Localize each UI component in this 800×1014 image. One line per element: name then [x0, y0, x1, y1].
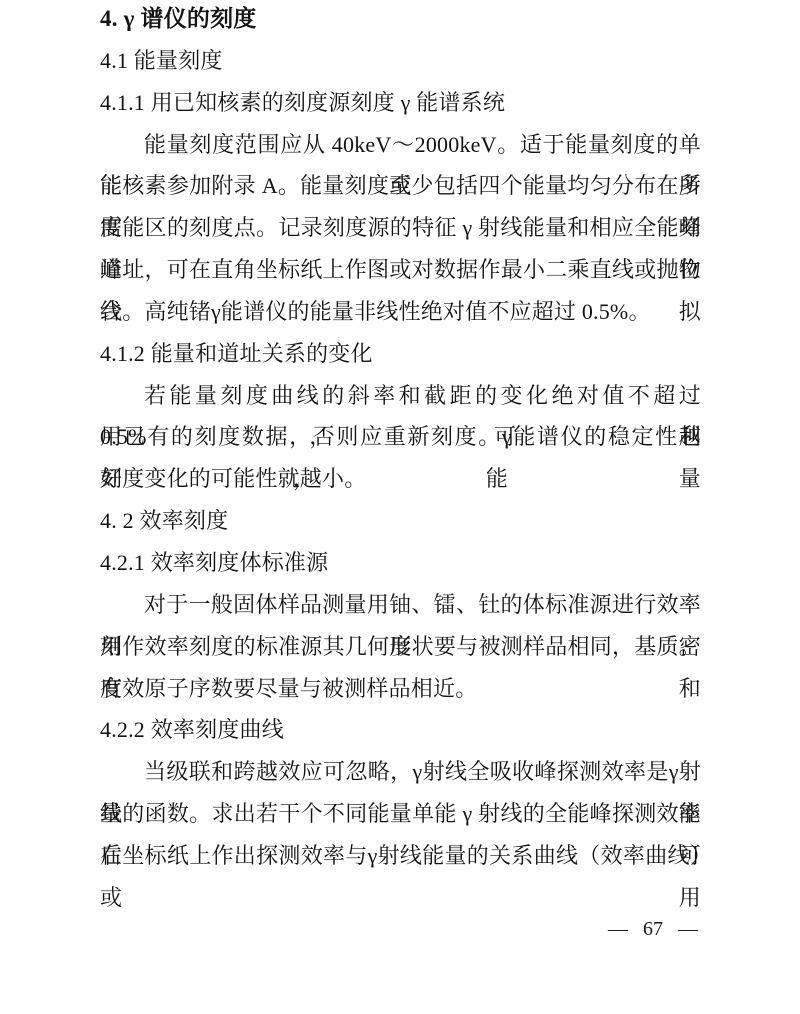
- heading-4-2-2: 4.2.2 效率刻度曲线: [100, 709, 701, 751]
- heading-4-2-1: 4.2.1 效率刻度体标准源: [100, 542, 701, 584]
- paragraph-line: 度能区的刻度点。记录刻度源的特征 γ 射线能量和相应全能峰峰位: [100, 207, 701, 249]
- paragraph-line: 能核素参加附录 A。能量刻度至少包括四个能量均匀分布在所需刻: [100, 165, 701, 207]
- heading-4-2: 4. 2 效率刻度: [100, 500, 701, 542]
- paragraph-line: 用已有的刻度数据，否则应重新刻度。γ能谱仪的稳定性越好，能量: [100, 416, 701, 458]
- paragraph-line: 在坐标纸上作出探测效率与γ射线能量的关系曲线（效率曲线）或用: [100, 835, 701, 877]
- paragraph-line: 能量刻度范围应从 40keV～2000keV。适于能量刻度的单能或多: [100, 124, 701, 166]
- heading-section-4: 4. γ 谱仪的刻度: [100, 0, 701, 40]
- paragraph-line: 量的函数。求出若干个不同能量单能 γ 射线的全能峰探测效率后可: [100, 793, 701, 835]
- document-body: 4. γ 谱仪的刻度 4.1 能量刻度 4.1.1 用已知核素的刻度源刻度 γ …: [100, 0, 701, 877]
- paragraph-line: 当级联和跨越效应可忽略，γ射线全吸收峰探测效率是γ射线能: [100, 751, 701, 793]
- paragraph-line: 合。高纯锗γ能谱仪的能量非线性绝对值不应超过 0.5%。: [100, 291, 701, 333]
- heading-4-1-1: 4.1.1 用已知核素的刻度源刻度 γ 能谱系统: [100, 82, 701, 124]
- heading-4-1-2: 4.1.2 能量和道址关系的变化: [100, 333, 701, 375]
- document-page: 4. γ 谱仪的刻度 4.1 能量刻度 4.1.1 用已知核素的刻度源刻度 γ …: [0, 0, 800, 1014]
- paragraph-line: 用作效率刻度的标准源其几何形状要与被测样品相同，基质密度和: [100, 626, 701, 668]
- page-number: — 67 —: [608, 915, 698, 943]
- paragraph-line: 若能量刻度曲线的斜率和截距的变化绝对值不超过 0.5%，可利: [100, 375, 701, 417]
- paragraph-line: 道址，可在直角坐标纸上作图或对数据作最小二乘直线或抛物线拟: [100, 249, 701, 291]
- heading-4-1: 4.1 能量刻度: [100, 40, 701, 82]
- paragraph-line: 对于一般固体样品测量用铀、镭、钍的体标准源进行效率刻度。: [100, 584, 701, 626]
